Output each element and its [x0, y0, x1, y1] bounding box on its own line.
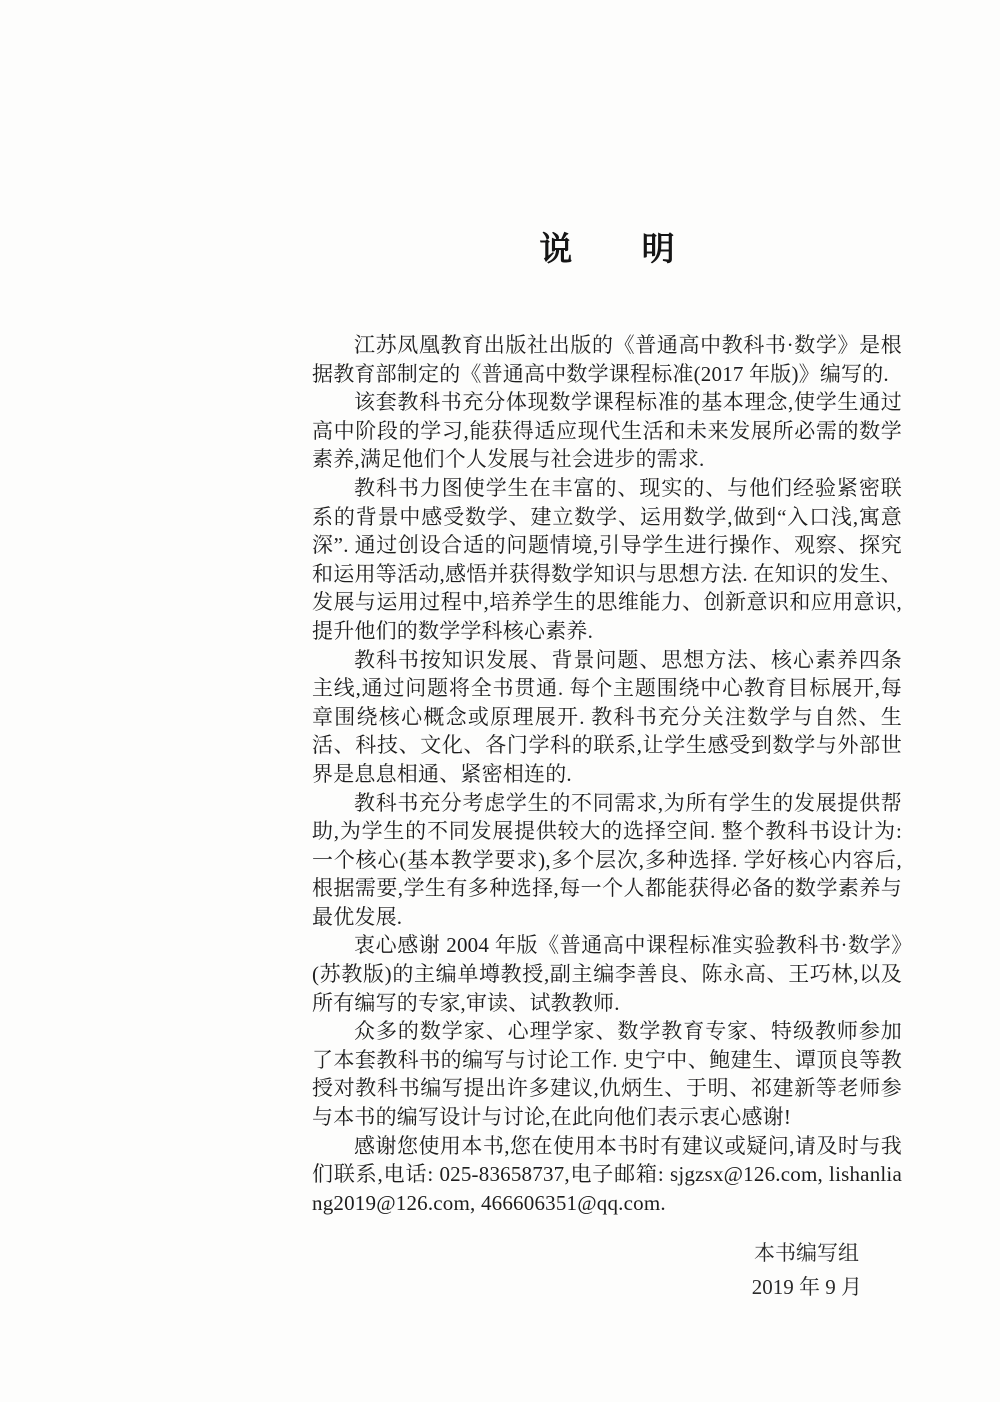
- signature-author: 本书编写组: [312, 1238, 902, 1268]
- paragraph-choices: 教科书充分考虑学生的不同需求,为所有学生的发展提供帮助,为学生的不同发展提供较大…: [312, 789, 902, 932]
- document-page: 说明 江苏凤凰教育出版社出版的《普通高中教科书·数学》是根据教育部制定的《普通高…: [0, 0, 1000, 1402]
- paragraph-philosophy: 该套教科书充分体现数学课程标准的基本理念,使学生通过高中阶段的学习,能获得适应现…: [312, 388, 902, 474]
- paragraph-structure: 教科书按知识发展、背景问题、思想方法、核心素养四条主线,通过问题将全书贯通. 每…: [312, 646, 902, 789]
- signature-date: 2019 年 9 月: [312, 1272, 902, 1302]
- paragraph-intro: 江苏凤凰教育出版社出版的《普通高中教科书·数学》是根据教育部制定的《普通高中数学…: [312, 331, 902, 388]
- paragraph-contact: 感谢您使用本书,您在使用本书时有建议或疑问,请及时与我们联系,电话: 025-8…: [312, 1132, 902, 1218]
- paragraph-thanks-editors: 衷心感谢 2004 年版《普通高中课程标准实验教科书·数学》(苏教版)的主编单墫…: [312, 931, 902, 1017]
- page-title-text: 说明: [470, 232, 744, 268]
- text-column: 说明 江苏凤凰教育出版社出版的《普通高中教科书·数学》是根据教育部制定的《普通高…: [312, 230, 902, 1302]
- body-text: 江苏凤凰教育出版社出版的《普通高中教科书·数学》是根据教育部制定的《普通高中数学…: [312, 331, 902, 1217]
- paragraph-approach: 教科书力图使学生在丰富的、现实的、与他们经验紧密联系的背景中感受数学、建立数学、…: [312, 474, 902, 646]
- page-title: 说明: [312, 230, 902, 270]
- signature-block: 本书编写组 2019 年 9 月: [312, 1238, 902, 1302]
- paragraph-thanks-experts: 众多的数学家、心理学家、数学教育专家、特级教师参加了本套教科书的编写与讨论工作.…: [312, 1017, 902, 1131]
